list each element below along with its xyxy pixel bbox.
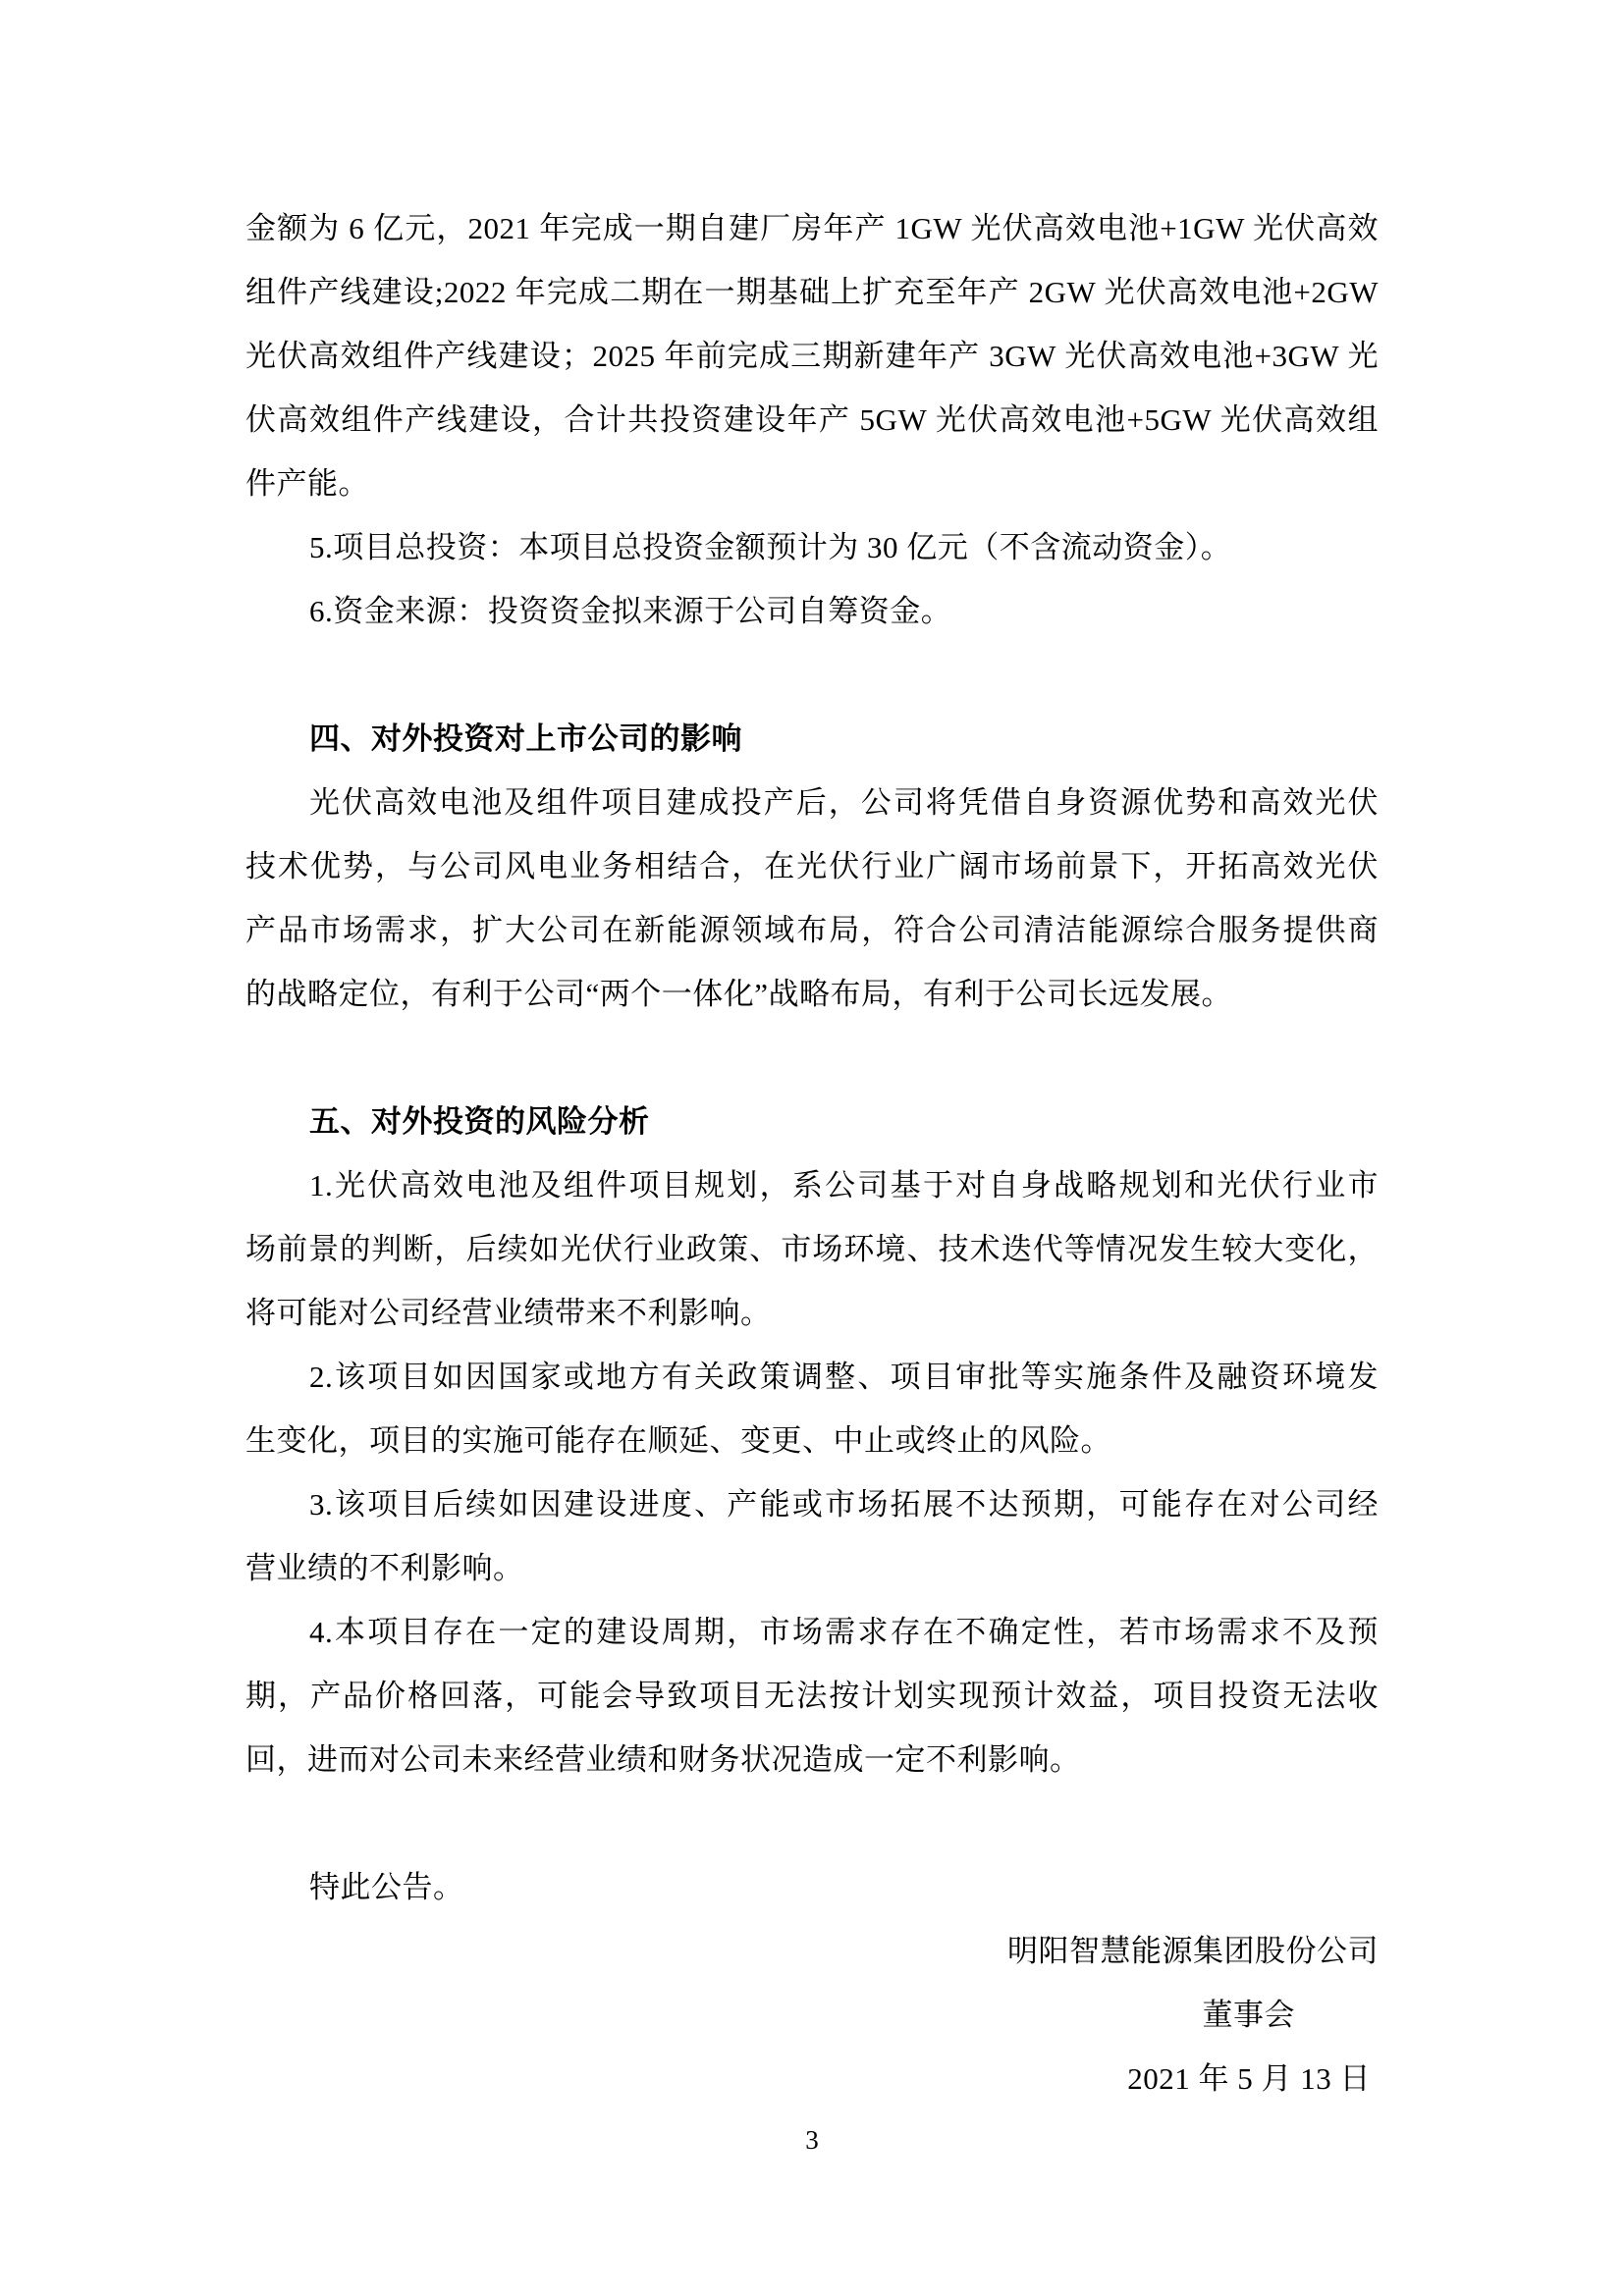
risk1-line: 场前景的判断，后续如光伏行业政策、市场环境、技术迭代等情况发生较大变化， <box>245 1217 1379 1281</box>
item-funding-source: 6.资金来源：投资资金拟来源于公司自筹资金。 <box>245 579 1379 643</box>
risk3-line: 3.该项目后续如因建设进度、产能或市场拓展不达预期，可能存在对公司经 <box>245 1472 1379 1536</box>
risk4-line: 回，进而对公司未来经营业绩和财务状况造成一定不利影响。 <box>245 1728 1379 1791</box>
intro-paragraph-line: 金额为 6 亿元，2021 年完成一期自建厂房年产 1GW 光伏高效电池+1GW… <box>245 196 1379 260</box>
intro-paragraph-line: 件产能。 <box>245 452 1379 515</box>
blank-line <box>245 643 1379 707</box>
signature-date: 2021 年 5 月 13 日 <box>245 2047 1379 2110</box>
section5-heading: 五、对外投资的风险分析 <box>245 1090 1379 1153</box>
signature-company: 明阳智慧能源集团股份公司 <box>245 1919 1379 1983</box>
signature-board: 董事会 <box>245 1983 1379 2047</box>
item-total-investment: 5.项目总投资：本项目总投资金额预计为 30 亿元（不含流动资金）。 <box>245 515 1379 579</box>
risk4-line: 期，产品价格回落，可能会导致项目无法按计划实现预计效益，项目投资无法收 <box>245 1664 1379 1728</box>
intro-paragraph-line: 组件产线建设;2022 年完成二期在一期基础上扩充至年产 2GW 光伏高效电池+… <box>245 260 1379 324</box>
risk1-line: 将可能对公司经营业绩带来不利影响。 <box>245 1281 1379 1345</box>
risk1-line: 1.光伏高效电池及组件项目规划，系公司基于对自身战略规划和光伏行业市 <box>245 1153 1379 1217</box>
intro-paragraph-line: 光伏高效组件产线建设；2025 年前完成三期新建年产 3GW 光伏高效电池+3G… <box>245 324 1379 388</box>
risk2-line: 生变化，项目的实施可能存在顺延、变更、中止或终止的风险。 <box>245 1409 1379 1472</box>
section4-paragraph-line: 技术优势，与公司风电业务相结合，在光伏行业广阔市场前景下，开拓高效光伏 <box>245 834 1379 898</box>
risk3-line: 营业绩的不利影响。 <box>245 1536 1379 1600</box>
blank-line <box>245 1791 1379 1855</box>
intro-paragraph-line: 伏高效组件产线建设，合计共投资建设年产 5GW 光伏高效电池+5GW 光伏高效组 <box>245 388 1379 452</box>
section4-heading: 四、对外投资对上市公司的影响 <box>245 707 1379 771</box>
section4-paragraph-line: 产品市场需求，扩大公司在新能源领域布局，符合公司清洁能源综合服务提供商 <box>245 898 1379 962</box>
risk2-line: 2.该项目如因国家或地方有关政策调整、项目审批等实施条件及融资环境发 <box>245 1345 1379 1409</box>
section4-paragraph-line: 光伏高效电池及组件项目建成投产后，公司将凭借自身资源优势和高效光伏 <box>245 771 1379 834</box>
document-body: 金额为 6 亿元，2021 年完成一期自建厂房年产 1GW 光伏高效电池+1GW… <box>245 196 1379 2110</box>
risk4-line: 4.本项目存在一定的建设周期，市场需求存在不确定性，若市场需求不及预 <box>245 1600 1379 1664</box>
section4-paragraph-line: 的战略定位，有利于公司“两个一体化”战略布局，有利于公司长远发展。 <box>245 962 1379 1026</box>
closing-statement: 特此公告。 <box>245 1855 1379 1919</box>
blank-line <box>245 1026 1379 1090</box>
page-number: 3 <box>245 2125 1379 2155</box>
announcement-page: 金额为 6 亿元，2021 年完成一期自建厂房年产 1GW 光伏高效电池+1GW… <box>0 0 1624 2296</box>
